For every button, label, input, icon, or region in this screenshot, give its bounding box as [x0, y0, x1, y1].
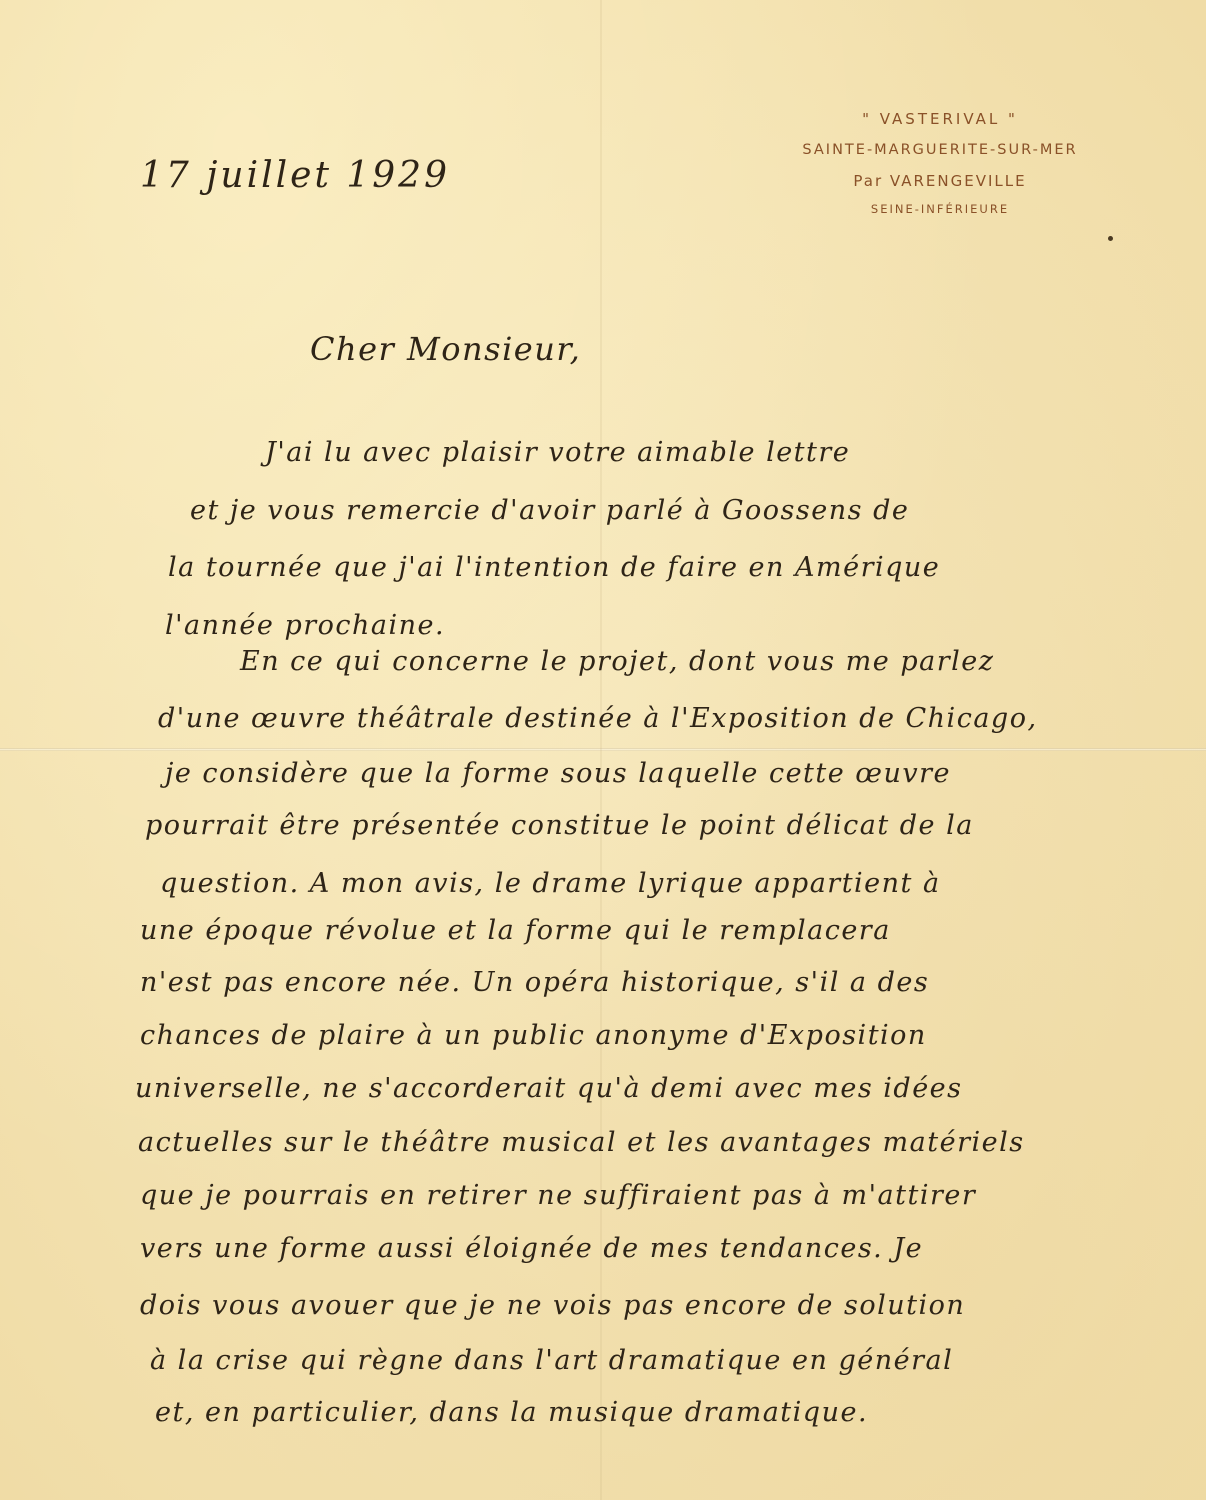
body-line: l'année prochaine. [165, 610, 445, 641]
body-line: J'ai lu avec plaisir votre aimable lettr… [265, 437, 850, 468]
body-line: et, en particulier, dans la musique dram… [155, 1397, 868, 1428]
letter-date: 17 juillet 1929 [140, 155, 450, 196]
letterhead-via: Par VARENGEVILLE [780, 174, 1100, 189]
body-line: n'est pas encore née. Un opéra historiqu… [140, 967, 929, 998]
body-line: vers une forme aussi éloignée de mes ten… [140, 1233, 923, 1264]
body-line: à la crise qui règne dans l'art dramatiq… [150, 1345, 953, 1376]
letter-page: " VASTERIVAL " SAINTE-MARGUERITE-SUR-MER… [0, 0, 1206, 1500]
body-line: universelle, ne s'accorderait qu'à demi … [135, 1073, 963, 1104]
horizontal-fold-crease [0, 748, 1206, 751]
letterhead-house-name: " VASTERIVAL " [780, 112, 1100, 127]
letterhead-department: SEINE-INFÉRIEURE [780, 204, 1100, 216]
body-line: que je pourrais en retirer ne suffiraien… [140, 1180, 976, 1211]
body-line: En ce qui concerne le projet, dont vous … [240, 646, 994, 677]
salutation: Cher Monsieur, [310, 330, 581, 368]
body-line: actuelles sur le théâtre musical et les … [138, 1127, 1025, 1158]
body-line: question. A mon avis, le drame lyrique a… [160, 868, 941, 899]
letterhead-town: SAINTE-MARGUERITE-SUR-MER [780, 143, 1100, 158]
body-line: d'une œuvre théâtrale destinée à l'Expos… [158, 703, 1038, 734]
body-line: la tournée que j'ai l'intention de faire… [168, 552, 940, 583]
vertical-fold-crease [600, 0, 602, 1500]
ink-spot [1108, 236, 1113, 241]
body-line: une époque révolue et la forme qui le re… [140, 915, 891, 946]
body-line: et je vous remercie d'avoir parlé à Goos… [190, 495, 909, 526]
body-line: dois vous avouer que je ne vois pas enco… [140, 1290, 965, 1321]
body-line: chances de plaire à un public anonyme d'… [140, 1020, 927, 1051]
letterhead: " VASTERIVAL " SAINTE-MARGUERITE-SUR-MER… [780, 112, 1100, 215]
body-line: pourrait être présentée constitue le poi… [145, 810, 974, 841]
body-line: je considère que la forme sous laquelle … [165, 758, 951, 789]
